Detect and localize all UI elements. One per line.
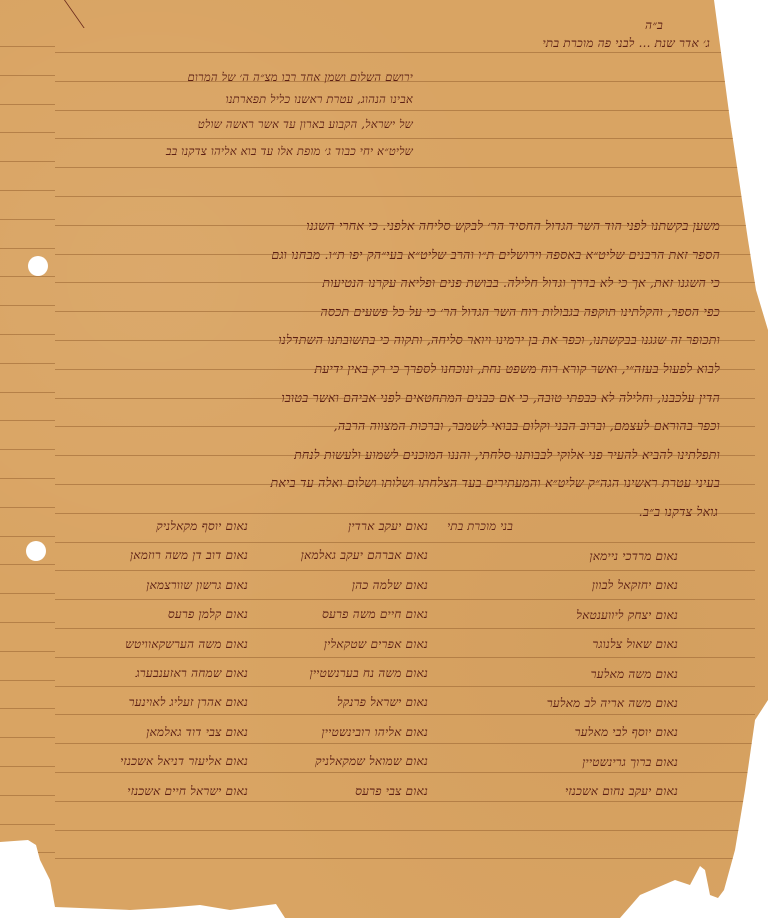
ruled-line	[55, 628, 755, 629]
poem-line: אבינו הנהוג, עטרת ראשנו כליל תפארתנו	[226, 92, 413, 106]
margin-pen-stroke	[34, 0, 85, 28]
ruled-line	[55, 110, 755, 111]
signature: נאום אפרים שטקאלין	[324, 637, 428, 652]
signature: נאום יעקב ארדין	[348, 519, 428, 534]
signature: נאום שמחה ראזענבערג	[136, 666, 248, 681]
signature: נאום יוסף לבי מאלער	[575, 725, 678, 740]
ruled-line	[0, 622, 55, 623]
signature: נאום שלמה כהן	[352, 578, 428, 593]
signature: נאום ברוך גרינשטיין	[582, 755, 678, 770]
ruled-line	[0, 651, 55, 652]
body-line: לבוא לפעול בעזה״י, ואשר קורא רוח משפט נח…	[314, 361, 720, 377]
signature: נאום חיים משה פרעס	[322, 607, 428, 622]
signature: נאום צבי פרעס	[355, 784, 428, 799]
signature: נאום משה מאלער	[591, 667, 678, 682]
ruled-line	[0, 449, 55, 450]
letter-paper: ב״ה ג׳ אדר שנת ... לבני פה מוכרת בתי ירו…	[0, 0, 768, 918]
ruled-line	[0, 795, 55, 796]
signature: נאום קלמן פרעס	[168, 607, 248, 622]
ruled-line	[0, 852, 55, 853]
punch-hole	[28, 256, 48, 276]
ruled-line	[55, 801, 755, 802]
body-line: כפי הספר, והקלתינו תוקפה בגבולות רוח השר…	[320, 304, 720, 320]
ruled-line	[55, 167, 755, 168]
ruled-line	[0, 564, 55, 565]
ruled-line	[0, 75, 55, 76]
ruled-line	[0, 305, 55, 306]
signature: נאום אברהם יעקב גאלמאן	[301, 548, 428, 563]
ruled-line	[55, 772, 755, 773]
signature: נאום גרשון שוורצמאן	[146, 578, 248, 593]
ruled-line	[55, 52, 755, 53]
ruled-line	[0, 132, 55, 133]
signature: נאום יוסף מקאלניק	[156, 519, 248, 534]
signature: נאום אליהו רובינשטיין	[322, 725, 428, 740]
signature: נאום יצחק ליווענטאל	[576, 608, 678, 623]
signature: נאום ישראל פרנקל	[337, 695, 428, 710]
signature: נאום צבי דוד גאלמאן	[146, 725, 248, 740]
signature: נאום יעקב נחום אשכנזי	[565, 784, 678, 799]
signature: נאום משה אריה לב מאלער	[547, 696, 678, 711]
ruled-line	[0, 334, 55, 335]
ruled-line	[0, 190, 55, 191]
ruled-line	[55, 138, 755, 139]
ruled-line	[0, 219, 55, 220]
ruled-line	[55, 196, 755, 197]
poem-line: שליט״א יחי כבוד ג׳ מופת אלו עד בוא אליהו…	[166, 144, 413, 158]
ruled-line	[0, 708, 55, 709]
ruled-line	[55, 599, 755, 600]
ruled-line	[0, 593, 55, 594]
ruled-line	[55, 657, 755, 658]
date-line: ג׳ אדר שנת ... לבני פה מוכרת בתי	[542, 36, 710, 51]
signature: נאום אהרן זעליג לאוינער	[129, 695, 248, 710]
signature: נאום דוב דן משה רוזמאן	[130, 548, 248, 563]
ruled-line	[0, 507, 55, 508]
ruled-line	[0, 680, 55, 681]
ruled-line	[0, 104, 55, 105]
signature: נאום משה הערשקאוויטש	[125, 637, 248, 652]
poem-line: של ישראל, הקבוע בארון עד אשר ראשה שולט	[198, 117, 413, 131]
body-line: משען בקשתנו לפני הוד השר הגדול החסיד הר׳…	[306, 218, 720, 234]
body-line: ותפלתינו להביא להעיר פני אלוקי לבבותנו ס…	[294, 447, 720, 463]
ruled-line	[55, 830, 755, 831]
ruled-line	[55, 714, 755, 715]
ruled-line	[55, 686, 755, 687]
ruled-line	[0, 478, 55, 479]
body-line: וכפר בהוראם לעצמם, וברוב הבני וקלום בבוא…	[334, 418, 720, 434]
ruled-line	[0, 824, 55, 825]
ruled-line	[0, 766, 55, 767]
ruled-line	[55, 858, 755, 859]
body-line: גואל צדקנו ב״ב.	[639, 504, 718, 520]
ruled-line	[0, 737, 55, 738]
body-line: הספר זאת הרבנים שליט״א באספה וירושלים ת״…	[271, 247, 720, 263]
signature: נאום מרדכי ניימאן	[590, 549, 678, 564]
signature: נאום ישראל חיים אשכנזי	[127, 784, 248, 799]
ruled-line	[0, 363, 55, 364]
signatures-title: בני מוכרת בתי	[447, 519, 513, 533]
punch-hole	[26, 541, 46, 561]
ruled-line	[55, 743, 755, 744]
poem-line: ירושם השלום ושמן אחד רבו מצ״ה ה׳ של המרו…	[187, 70, 413, 84]
ruled-line	[0, 248, 55, 249]
signature: נאום יחזקאל לבוון	[592, 578, 678, 593]
ruled-line	[55, 570, 755, 571]
ruled-line	[0, 420, 55, 421]
ruled-line	[0, 46, 55, 47]
body-line: הדין עלכבנו, וחלילה לא כבפתי טובה, כי אם…	[281, 390, 720, 406]
ruled-line	[0, 392, 55, 393]
ruled-line	[55, 542, 755, 543]
body-line: בעיני עטרת ראשינו הגה״ק שליט״א והמעתירים…	[271, 475, 720, 491]
bh-header: ב״ה	[645, 18, 663, 33]
ruled-line	[0, 161, 55, 162]
signature: נאום שמואל שמקאלניק	[315, 754, 428, 769]
body-line: כי השגנו זאת, אך כי לא בדרך וגדול חלילה.…	[322, 275, 720, 291]
ruled-line	[0, 536, 55, 537]
signature: נאום שאול צלנוגר	[592, 637, 678, 652]
ruled-line	[0, 276, 55, 277]
signature: נאום משה נח בערנשטיין	[310, 666, 428, 681]
body-line: ותכופר זה שגגנו בבקשתנו, וכפר את בן ירמי…	[278, 332, 720, 348]
signature: נאום אליעזר דניאל אשכנזי	[120, 754, 248, 769]
